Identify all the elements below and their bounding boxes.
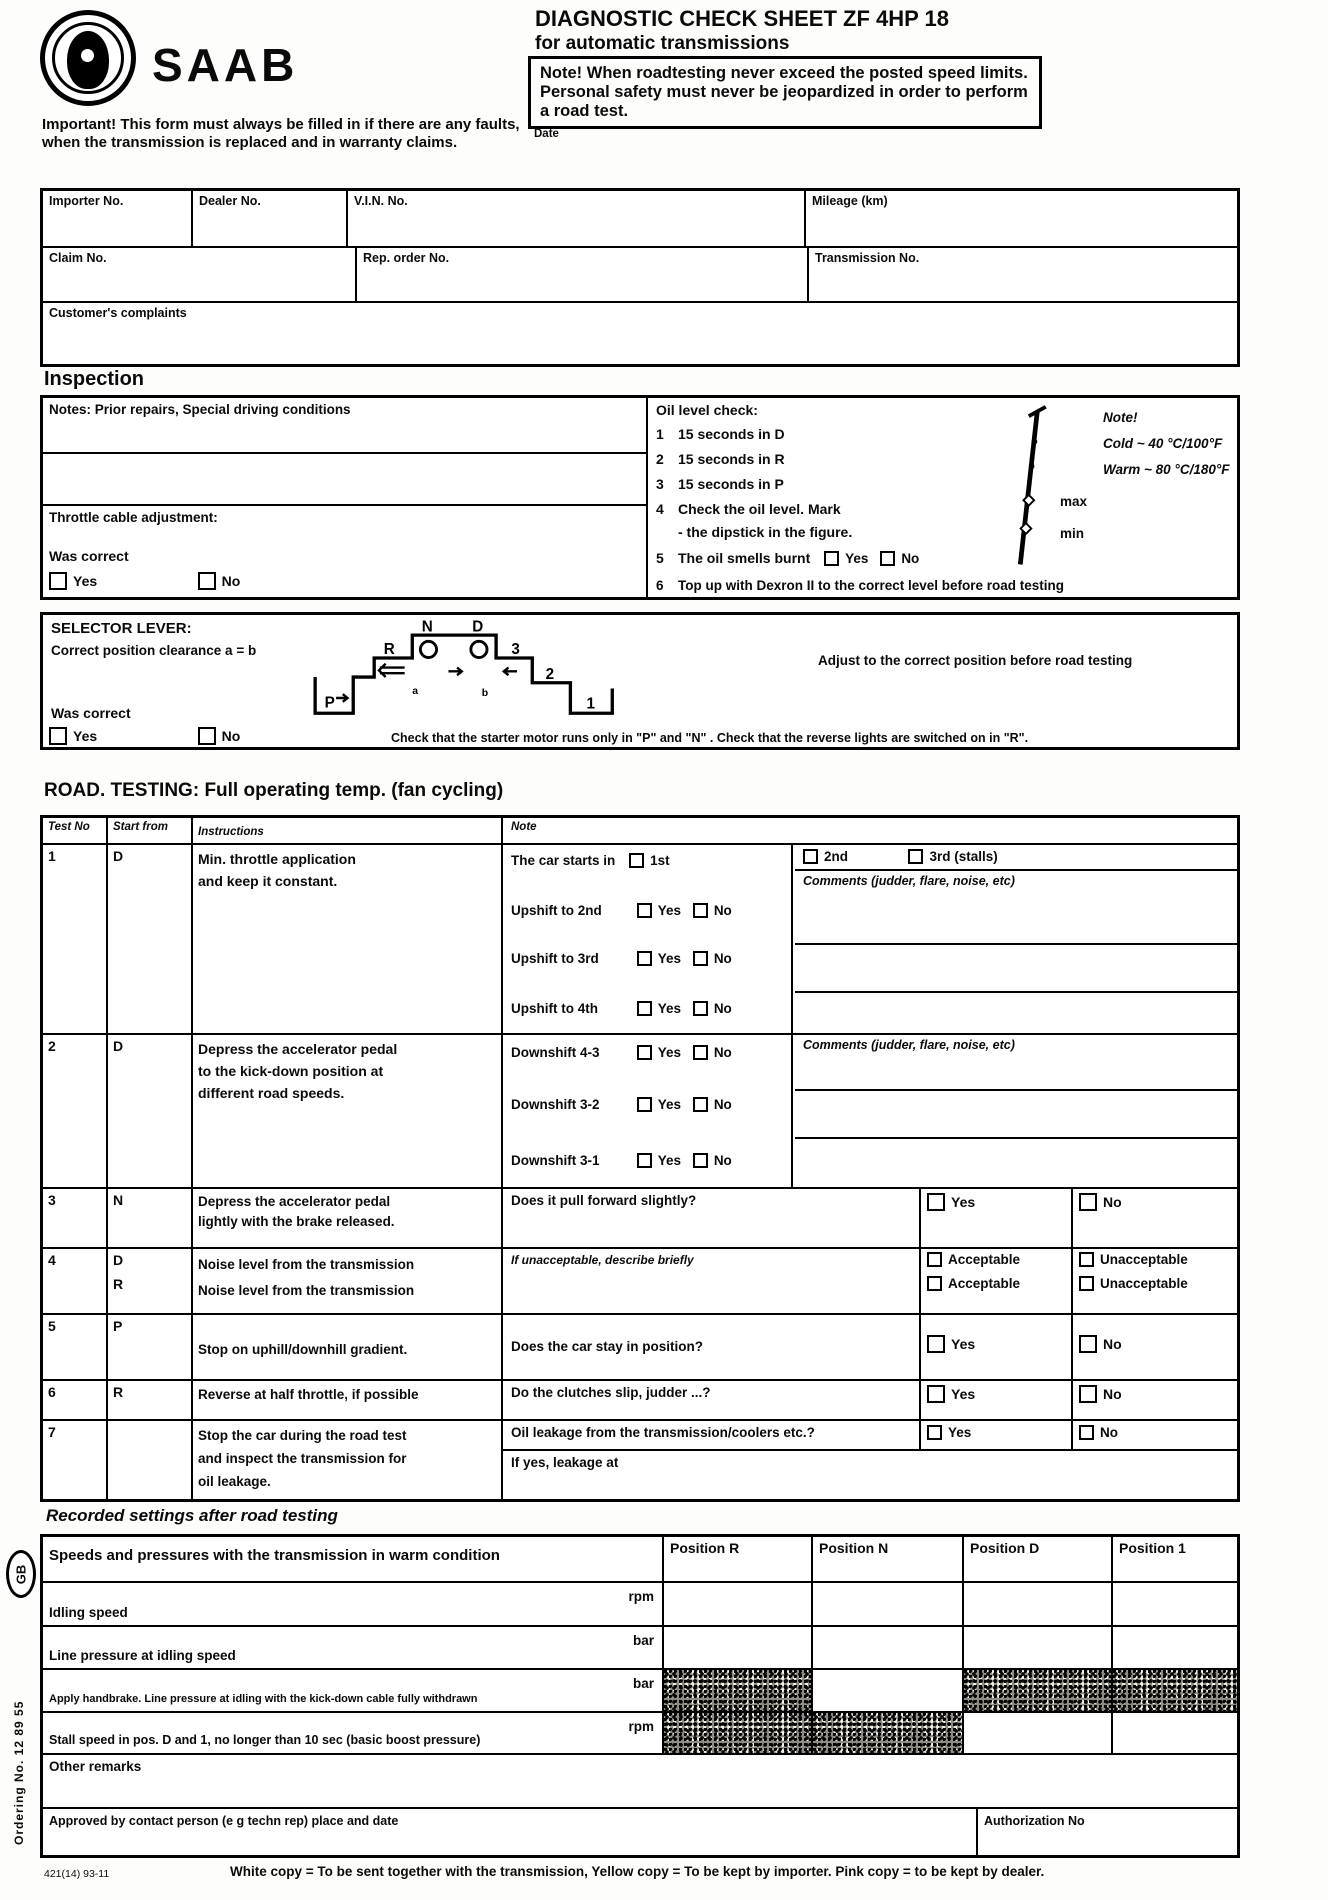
throttle-correct-options: Yes No — [49, 572, 240, 591]
row4-unacceptable-label-2: Unacceptable — [1100, 1276, 1188, 1291]
row5-test-no: 5 — [43, 1315, 108, 1379]
row3-yes-checkbox[interactable] — [927, 1193, 945, 1211]
other-remarks-field[interactable]: Other remarks — [43, 1755, 1237, 1807]
road-row-1: 1 D Min. throttle application and keep i… — [43, 845, 1237, 1035]
downshift-31-yes-label: Yes — [658, 1153, 681, 1168]
road-testing-heading: ROAD. TESTING: Full operating temp. (fan… — [44, 780, 503, 802]
road-testing-table: Test No Start from Instructions Note 1 D… — [40, 815, 1240, 1502]
road-row-6: 6 R Reverse at half throttle, if possibl… — [43, 1381, 1237, 1421]
upshift-4th-yes-label: Yes — [658, 1001, 681, 1016]
idling-speed-n-cell[interactable] — [813, 1583, 964, 1625]
oil-level-check-panel: Oil level check: 115 seconds in D 215 se… — [648, 398, 1237, 597]
downshift-43-yes-label: Yes — [658, 1045, 681, 1060]
stall-d-cell[interactable] — [964, 1713, 1113, 1753]
row6-question: Do the clutches slip, judder ...? — [503, 1381, 919, 1419]
oil-burnt-no-checkbox[interactable] — [880, 551, 895, 566]
row5-yes-cell: Yes — [919, 1315, 1071, 1379]
line-pressure-r-cell[interactable] — [664, 1627, 813, 1668]
throttle-correct-yes-checkbox[interactable] — [49, 572, 67, 590]
field-mileage[interactable]: Mileage (km) — [806, 191, 1237, 246]
line-pressure-unit: bar — [633, 1633, 654, 1648]
field-claim-no-label: Claim No. — [49, 251, 349, 265]
row2-start-from: D — [108, 1035, 193, 1187]
selector-adjust-note: Adjust to the correct position before ro… — [818, 653, 1132, 668]
oil-step-4b: - the dipstick in the figure. — [678, 524, 852, 540]
doc-title: DIAGNOSTIC CHECK SHEET ZF 4HP 18 — [535, 6, 949, 32]
row3-yes-cell: Yes — [919, 1189, 1071, 1247]
svg-text:2: 2 — [546, 666, 554, 683]
field-rep-order-no[interactable]: Rep. order No. — [357, 248, 809, 301]
stall-n-na-cell — [813, 1713, 964, 1753]
row6-no-checkbox[interactable] — [1079, 1385, 1097, 1403]
row5-no-label: No — [1103, 1336, 1122, 1352]
selector-lever-box: SELECTOR LEVER: Correct position clearan… — [40, 612, 1240, 750]
handbrake-d-na-cell — [964, 1670, 1113, 1711]
line-pressure-label: Line pressure at idling speed — [49, 1648, 236, 1663]
field-vin-no-label: V.I.N. No. — [354, 194, 798, 208]
row6-instructions: Reverse at half throttle, if possible — [193, 1381, 503, 1419]
doc-subtitle: for automatic transmissions — [535, 33, 789, 55]
notes-write-line[interactable] — [43, 452, 646, 454]
comment-line[interactable] — [795, 1137, 1237, 1139]
copy-distribution-note: White copy = To be sent together with th… — [230, 1864, 1290, 1879]
handbrake-pressure-row: Apply handbrake. Line pressure at idling… — [43, 1670, 1237, 1713]
row4-acceptable-checkbox-2[interactable] — [927, 1276, 942, 1291]
row3-start-from: N — [108, 1189, 193, 1247]
stall-speed-unit: rpm — [628, 1719, 654, 1734]
oil-step-1: 115 seconds in D — [656, 426, 785, 442]
info-table: Importer No. Dealer No. V.I.N. No. Milea… — [40, 188, 1240, 367]
row7-yes-checkbox[interactable] — [927, 1425, 942, 1440]
starts-in-2nd-checkbox[interactable] — [803, 849, 818, 864]
row3-no-cell: No — [1071, 1189, 1237, 1247]
handbrake-pressure-unit: bar — [633, 1676, 654, 1691]
oil-step-6: 6Top up with Dexron II to the correct le… — [656, 578, 1216, 593]
oil-step-2: 215 seconds in R — [656, 451, 785, 467]
upshift-3rd-no-label: No — [714, 951, 732, 966]
ordering-number-vertical: Ordering No. 12 89 55 — [12, 1845, 156, 1859]
comment-line[interactable] — [795, 943, 1237, 945]
idling-speed-unit: rpm — [628, 1589, 654, 1604]
inspection-notes-panel: Notes: Prior repairs, Special driving co… — [43, 398, 648, 597]
throttle-correct-no-label: No — [222, 573, 241, 589]
col-position-r: Position R — [664, 1537, 813, 1581]
selector-correct-no-checkbox[interactable] — [198, 727, 216, 745]
downshift-32-yes-checkbox[interactable] — [637, 1097, 652, 1112]
downshift-31-no-label: No — [714, 1153, 732, 1168]
col-test-no: Test No — [43, 818, 108, 843]
approval-row: Approved by contact person (e g techn re… — [43, 1809, 1237, 1855]
idling-speed-row: Idling speedrpm — [43, 1583, 1237, 1627]
dipstick-max-label: max — [1060, 494, 1087, 509]
row5-yes-label: Yes — [951, 1336, 975, 1352]
row6-yes-cell: Yes — [919, 1381, 1071, 1419]
row3-no-label: No — [1103, 1194, 1122, 1210]
row7-yes-cell: Yes — [919, 1421, 1071, 1449]
idling-speed-label: Idling speed — [49, 1605, 128, 1620]
row4-acceptable-label-1: Acceptable — [948, 1252, 1020, 1267]
authorization-no-label: Authorization No — [984, 1814, 1085, 1828]
svg-text:D: D — [472, 618, 483, 635]
col-start-from: Start from — [108, 818, 193, 843]
downshift-32-yes-label: Yes — [658, 1097, 681, 1112]
field-rep-order-no-label: Rep. order No. — [363, 251, 801, 265]
line-pressure-d-cell[interactable] — [964, 1627, 1113, 1668]
info-row-1: Importer No. Dealer No. V.I.N. No. Milea… — [43, 191, 1237, 248]
field-importer-no[interactable]: Importer No. — [43, 191, 193, 246]
oil-temp-note-warm: Warm ~ 80 °C/180°F — [1103, 462, 1229, 477]
row4-unacceptable-checkbox-1[interactable] — [1079, 1252, 1094, 1267]
selector-correct-yes-label: Yes — [73, 728, 97, 744]
info-row-3: Customer's complaints — [43, 303, 1237, 364]
col-position-d: Position D — [964, 1537, 1113, 1581]
row4-unacceptable-cell: Unacceptable Unacceptable — [1071, 1249, 1237, 1313]
row4-instructions: Noise level from the transmissionNoise l… — [193, 1249, 503, 1313]
approved-by-label: Approved by contact person (e g techn re… — [49, 1814, 398, 1828]
downshift-43-yes-checkbox[interactable] — [637, 1045, 652, 1060]
row5-question: Does the car stay in position? — [503, 1315, 919, 1379]
col-instructions: Instructions — [193, 818, 503, 843]
field-mileage-label: Mileage (km) — [812, 194, 1231, 208]
svg-text:1: 1 — [587, 695, 596, 712]
row4-acceptable-label-2: Acceptable — [948, 1276, 1020, 1291]
handbrake-pressure-label: Apply handbrake. Line pressure at idling… — [49, 1693, 589, 1705]
upshift-4th-no-label: No — [714, 1001, 732, 1016]
row6-yes-label: Yes — [951, 1386, 975, 1402]
field-transmission-no[interactable]: Transmission No. — [809, 248, 1237, 301]
row4-unacceptable-checkbox-2[interactable] — [1079, 1276, 1094, 1291]
comment-line[interactable] — [795, 991, 1237, 993]
row1-instructions: Min. throttle application and keep it co… — [193, 845, 503, 1033]
row7-no-label: No — [1100, 1425, 1118, 1440]
upshift-4th-line: Upshift to 4th Yes No — [511, 1001, 787, 1016]
svg-text:P: P — [325, 695, 335, 712]
col-position-n: Position N — [813, 1537, 964, 1581]
handbrake-1-na-cell — [1113, 1670, 1237, 1711]
idling-speed-d-cell[interactable] — [964, 1583, 1113, 1625]
throttle-was-correct-label: Was correct — [49, 548, 129, 564]
selector-correct-no-label: No — [222, 728, 241, 744]
row3-test-no: 3 — [43, 1189, 108, 1247]
upshift-4th-yes-checkbox[interactable] — [637, 1001, 652, 1016]
col-position-1: Position 1 — [1113, 1537, 1237, 1581]
stall-speed-label: Stall speed in pos. D and 1, no longer t… — [49, 1733, 589, 1747]
diagnostic-check-sheet: SAAB DIAGNOSTIC CHECK SHEET ZF 4HP 18 fo… — [0, 0, 1328, 1900]
row5-start-from: P — [108, 1315, 193, 1379]
upshift-3rd-yes-label: Yes — [658, 951, 681, 966]
row2-test-no: 2 — [43, 1035, 108, 1187]
selector-correct-options: Yes No — [49, 727, 240, 746]
row7-test-no: 7 — [43, 1421, 108, 1499]
idling-speed-1-cell[interactable] — [1113, 1583, 1237, 1625]
oil-temp-note-cold: Cold ~ 40 °C/100°F — [1103, 436, 1222, 451]
recorded-settings-heading: Recorded settings after road testing — [46, 1506, 338, 1526]
throttle-adjustment-label: Throttle cable adjustment: — [49, 510, 218, 525]
selector-clearance-label: Correct position clearance a = b — [51, 643, 256, 658]
notes-write-line[interactable] — [43, 504, 646, 506]
field-dealer-no[interactable]: Dealer No. — [193, 191, 348, 246]
field-customer-complaints-label: Customer's complaints — [49, 306, 1231, 320]
dipstick-figure — [1000, 402, 1050, 577]
starts-in-3rd-checkbox[interactable] — [908, 849, 923, 864]
upshift-2nd-yes-label: Yes — [658, 903, 681, 918]
downshift-43-line: Downshift 4-3 Yes No — [511, 1045, 787, 1060]
row5-yes-checkbox[interactable] — [927, 1335, 945, 1353]
stall-speed-row: Stall speed in pos. D and 1, no longer t… — [43, 1713, 1237, 1755]
line-pressure-n-cell[interactable] — [813, 1627, 964, 1668]
row1-comments-col: 2nd 3rd (stalls) Comments (judder, flare… — [795, 845, 1237, 1033]
row5-no-cell: No — [1071, 1315, 1237, 1379]
idling-speed-r-cell[interactable] — [664, 1583, 813, 1625]
line-pressure-row: Line pressure at idling speedbar — [43, 1627, 1237, 1670]
upshift-4th-no-checkbox[interactable] — [693, 1001, 708, 1016]
dipstick-min-label: min — [1060, 526, 1084, 541]
throttle-correct-no-checkbox[interactable] — [198, 572, 216, 590]
upshift-2nd-line: Upshift to 2nd Yes No — [511, 903, 787, 918]
downshift-32-no-label: No — [714, 1097, 732, 1112]
stall-r-na-cell — [664, 1713, 813, 1753]
road-row-2: 2 D Depress the accelerator pedal to the… — [43, 1035, 1237, 1189]
road-row-5: 5 P Stop on uphill/downhill gradient. Do… — [43, 1315, 1237, 1381]
other-remarks-label: Other remarks — [49, 1759, 141, 1774]
authorization-no-field[interactable]: Authorization No — [978, 1809, 1237, 1855]
upshift-3rd-yes-checkbox[interactable] — [637, 951, 652, 966]
upshift-2nd-no-checkbox[interactable] — [693, 903, 708, 918]
field-vin-no[interactable]: V.I.N. No. — [348, 191, 806, 246]
row6-start-from: R — [108, 1381, 193, 1419]
field-claim-no[interactable]: Claim No. — [43, 248, 357, 301]
oil-step-3: 315 seconds in P — [656, 476, 784, 492]
selector-check-note: Check that the starter motor runs only i… — [391, 731, 1028, 745]
row6-no-label: No — [1103, 1386, 1122, 1402]
safety-note-box: Note! When roadtesting never exceed the … — [528, 56, 1042, 129]
info-row-2: Claim No. Rep. order No. Transmission No… — [43, 248, 1237, 303]
saab-logo — [40, 10, 136, 106]
svg-text:a: a — [412, 686, 418, 697]
downshift-32-line: Downshift 3-2 Yes No — [511, 1097, 787, 1112]
handbrake-n-cell[interactable] — [813, 1670, 964, 1711]
recorded-settings-table: Speeds and pressures with the transmissi… — [40, 1534, 1240, 1858]
row6-no-cell: No — [1071, 1381, 1237, 1419]
row7-start-from — [108, 1421, 193, 1499]
field-dealer-no-label: Dealer No. — [199, 194, 340, 208]
svg-text:R: R — [384, 641, 395, 658]
leakage-write-area[interactable] — [503, 1474, 1237, 1494]
starts-in-3rd-label: 3rd (stalls) — [929, 849, 997, 864]
inspection-heading: Inspection — [44, 368, 144, 391]
line-pressure-1-cell[interactable] — [1113, 1627, 1237, 1668]
road-row-3: 3 N Depress the accelerator pedal lightl… — [43, 1189, 1237, 1249]
downshift-31-no-checkbox[interactable] — [693, 1153, 708, 1168]
row4-unacceptable-label-1: Unacceptable — [1100, 1252, 1188, 1267]
row4-start-from: DR — [108, 1249, 193, 1313]
oil-check-title: Oil level check: — [656, 402, 758, 418]
brand-text: SAAB — [152, 38, 298, 92]
row2-comments-label: Comments (judder, flare, noise, etc) — [795, 1035, 1237, 1055]
row3-yes-label: Yes — [951, 1194, 975, 1210]
upshift-2nd-no-label: No — [714, 903, 732, 918]
downshift-31-yes-checkbox[interactable] — [637, 1153, 652, 1168]
row3-no-checkbox[interactable] — [1079, 1193, 1097, 1211]
row5-no-checkbox[interactable] — [1079, 1335, 1097, 1353]
oil-burnt-no-label: No — [901, 551, 919, 566]
gb-language-badge: GB — [6, 1550, 36, 1598]
row7-yes-label: Yes — [948, 1425, 971, 1440]
row1-note-col: The car starts in 1st Upshift to 2nd Yes… — [503, 845, 793, 1033]
important-note: Important! This form must always be fill… — [42, 116, 522, 151]
handbrake-r-na-cell — [664, 1670, 813, 1711]
svg-text:3: 3 — [511, 641, 519, 658]
stall-1-cell[interactable] — [1113, 1713, 1237, 1753]
row3-question: Does it pull forward slightly? — [503, 1189, 919, 1247]
starts-in-2nd-label: 2nd — [824, 849, 848, 864]
downshift-43-no-checkbox[interactable] — [693, 1045, 708, 1060]
field-transmission-no-label: Transmission No. — [815, 251, 1231, 265]
field-customer-complaints[interactable]: Customer's complaints — [43, 303, 1237, 364]
downshift-31-line: Downshift 3-1 Yes No — [511, 1153, 787, 1168]
oil-temp-note-title: Note! — [1103, 410, 1138, 425]
throttle-correct-yes-label: Yes — [73, 573, 97, 589]
col-note: Note — [503, 818, 1237, 843]
row4-question: If unacceptable, describe briefly — [503, 1249, 919, 1313]
date-label: Date — [534, 128, 559, 140]
svg-text:b: b — [482, 688, 488, 699]
downshift-43-no-label: No — [714, 1045, 732, 1060]
row3-instructions: Depress the accelerator pedal lightly wi… — [193, 1189, 503, 1247]
field-importer-no-label: Importer No. — [49, 194, 185, 208]
selector-title: SELECTOR LEVER: — [51, 620, 192, 637]
selector-was-correct-label: Was correct — [51, 705, 131, 721]
row6-test-no: 6 — [43, 1381, 108, 1419]
row5-instructions: Stop on uphill/downhill gradient. — [193, 1315, 503, 1379]
starts-in-options-strip: 2nd 3rd (stalls) — [795, 845, 1237, 871]
row2-instructions: Depress the accelerator pedal to the kic… — [193, 1035, 503, 1187]
road-table-header: Test No Start from Instructions Note — [43, 818, 1237, 845]
comment-line[interactable] — [795, 1089, 1237, 1091]
row7-instructions: Stop the car during the road test and in… — [193, 1421, 503, 1499]
form-code: 421(14) 93-11 — [44, 1868, 109, 1880]
row2-comments-col: Comments (judder, flare, noise, etc) — [795, 1035, 1237, 1187]
row7-no-checkbox[interactable] — [1079, 1425, 1094, 1440]
row1-start-from: D — [108, 845, 193, 1033]
oil-burnt-yes-label: Yes — [845, 551, 868, 566]
row4-acceptable-checkbox-1[interactable] — [927, 1252, 942, 1267]
upshift-3rd-no-checkbox[interactable] — [693, 951, 708, 966]
row1-comments-label: Comments (judder, flare, noise, etc) — [795, 871, 1237, 891]
upshift-3rd-line: Upshift to 3rd Yes No — [511, 951, 787, 966]
inspection-box: Notes: Prior repairs, Special driving co… — [40, 395, 1240, 600]
road-row-7: 7 Stop the car during the road test and … — [43, 1421, 1237, 1499]
row2-note-col: Downshift 4-3 Yes No Downshift 3-2 Yes N… — [503, 1035, 793, 1187]
row7-no-cell: No — [1071, 1421, 1237, 1449]
gear-gate-diagram: P R N D 3 2 1 a b — [298, 617, 698, 744]
other-remarks-row: Other remarks — [43, 1755, 1237, 1809]
starts-in-1st-checkbox[interactable] — [629, 853, 644, 868]
row6-yes-checkbox[interactable] — [927, 1385, 945, 1403]
recorded-table-title: Speeds and pressures with the transmissi… — [43, 1537, 664, 1581]
oil-step-5: 5The oil smells burnt Yes No — [656, 550, 919, 566]
upshift-2nd-yes-checkbox[interactable] — [637, 903, 652, 918]
selector-correct-yes-checkbox[interactable] — [49, 727, 67, 745]
downshift-32-no-checkbox[interactable] — [693, 1097, 708, 1112]
inspection-notes-label: Notes: Prior repairs, Special driving co… — [49, 402, 351, 417]
row7-question-strip: Oil leakage from the transmission/cooler… — [503, 1421, 1237, 1451]
oil-step-4: 4Check the oil level. Mark — [656, 501, 841, 517]
oil-burnt-yes-checkbox[interactable] — [824, 551, 839, 566]
svg-text:N: N — [422, 618, 433, 635]
recorded-header-row: Speeds and pressures with the transmissi… — [43, 1537, 1237, 1583]
approved-by-field[interactable]: Approved by contact person (e g techn re… — [43, 1809, 978, 1855]
row7-question: Oil leakage from the transmission/cooler… — [503, 1421, 919, 1449]
row7-leakage-at-label: If yes, leakage at — [503, 1451, 1237, 1474]
car-starts-in-line: The car starts in 1st — [511, 853, 787, 868]
road-row-4: 4 DR Noise level from the transmissionNo… — [43, 1249, 1237, 1315]
starts-in-1st-label: 1st — [650, 853, 670, 868]
row4-test-no: 4 — [43, 1249, 108, 1313]
row4-acceptable-cell: Acceptable Acceptable — [919, 1249, 1071, 1313]
row1-test-no: 1 — [43, 845, 108, 1033]
date-field[interactable] — [570, 126, 870, 144]
